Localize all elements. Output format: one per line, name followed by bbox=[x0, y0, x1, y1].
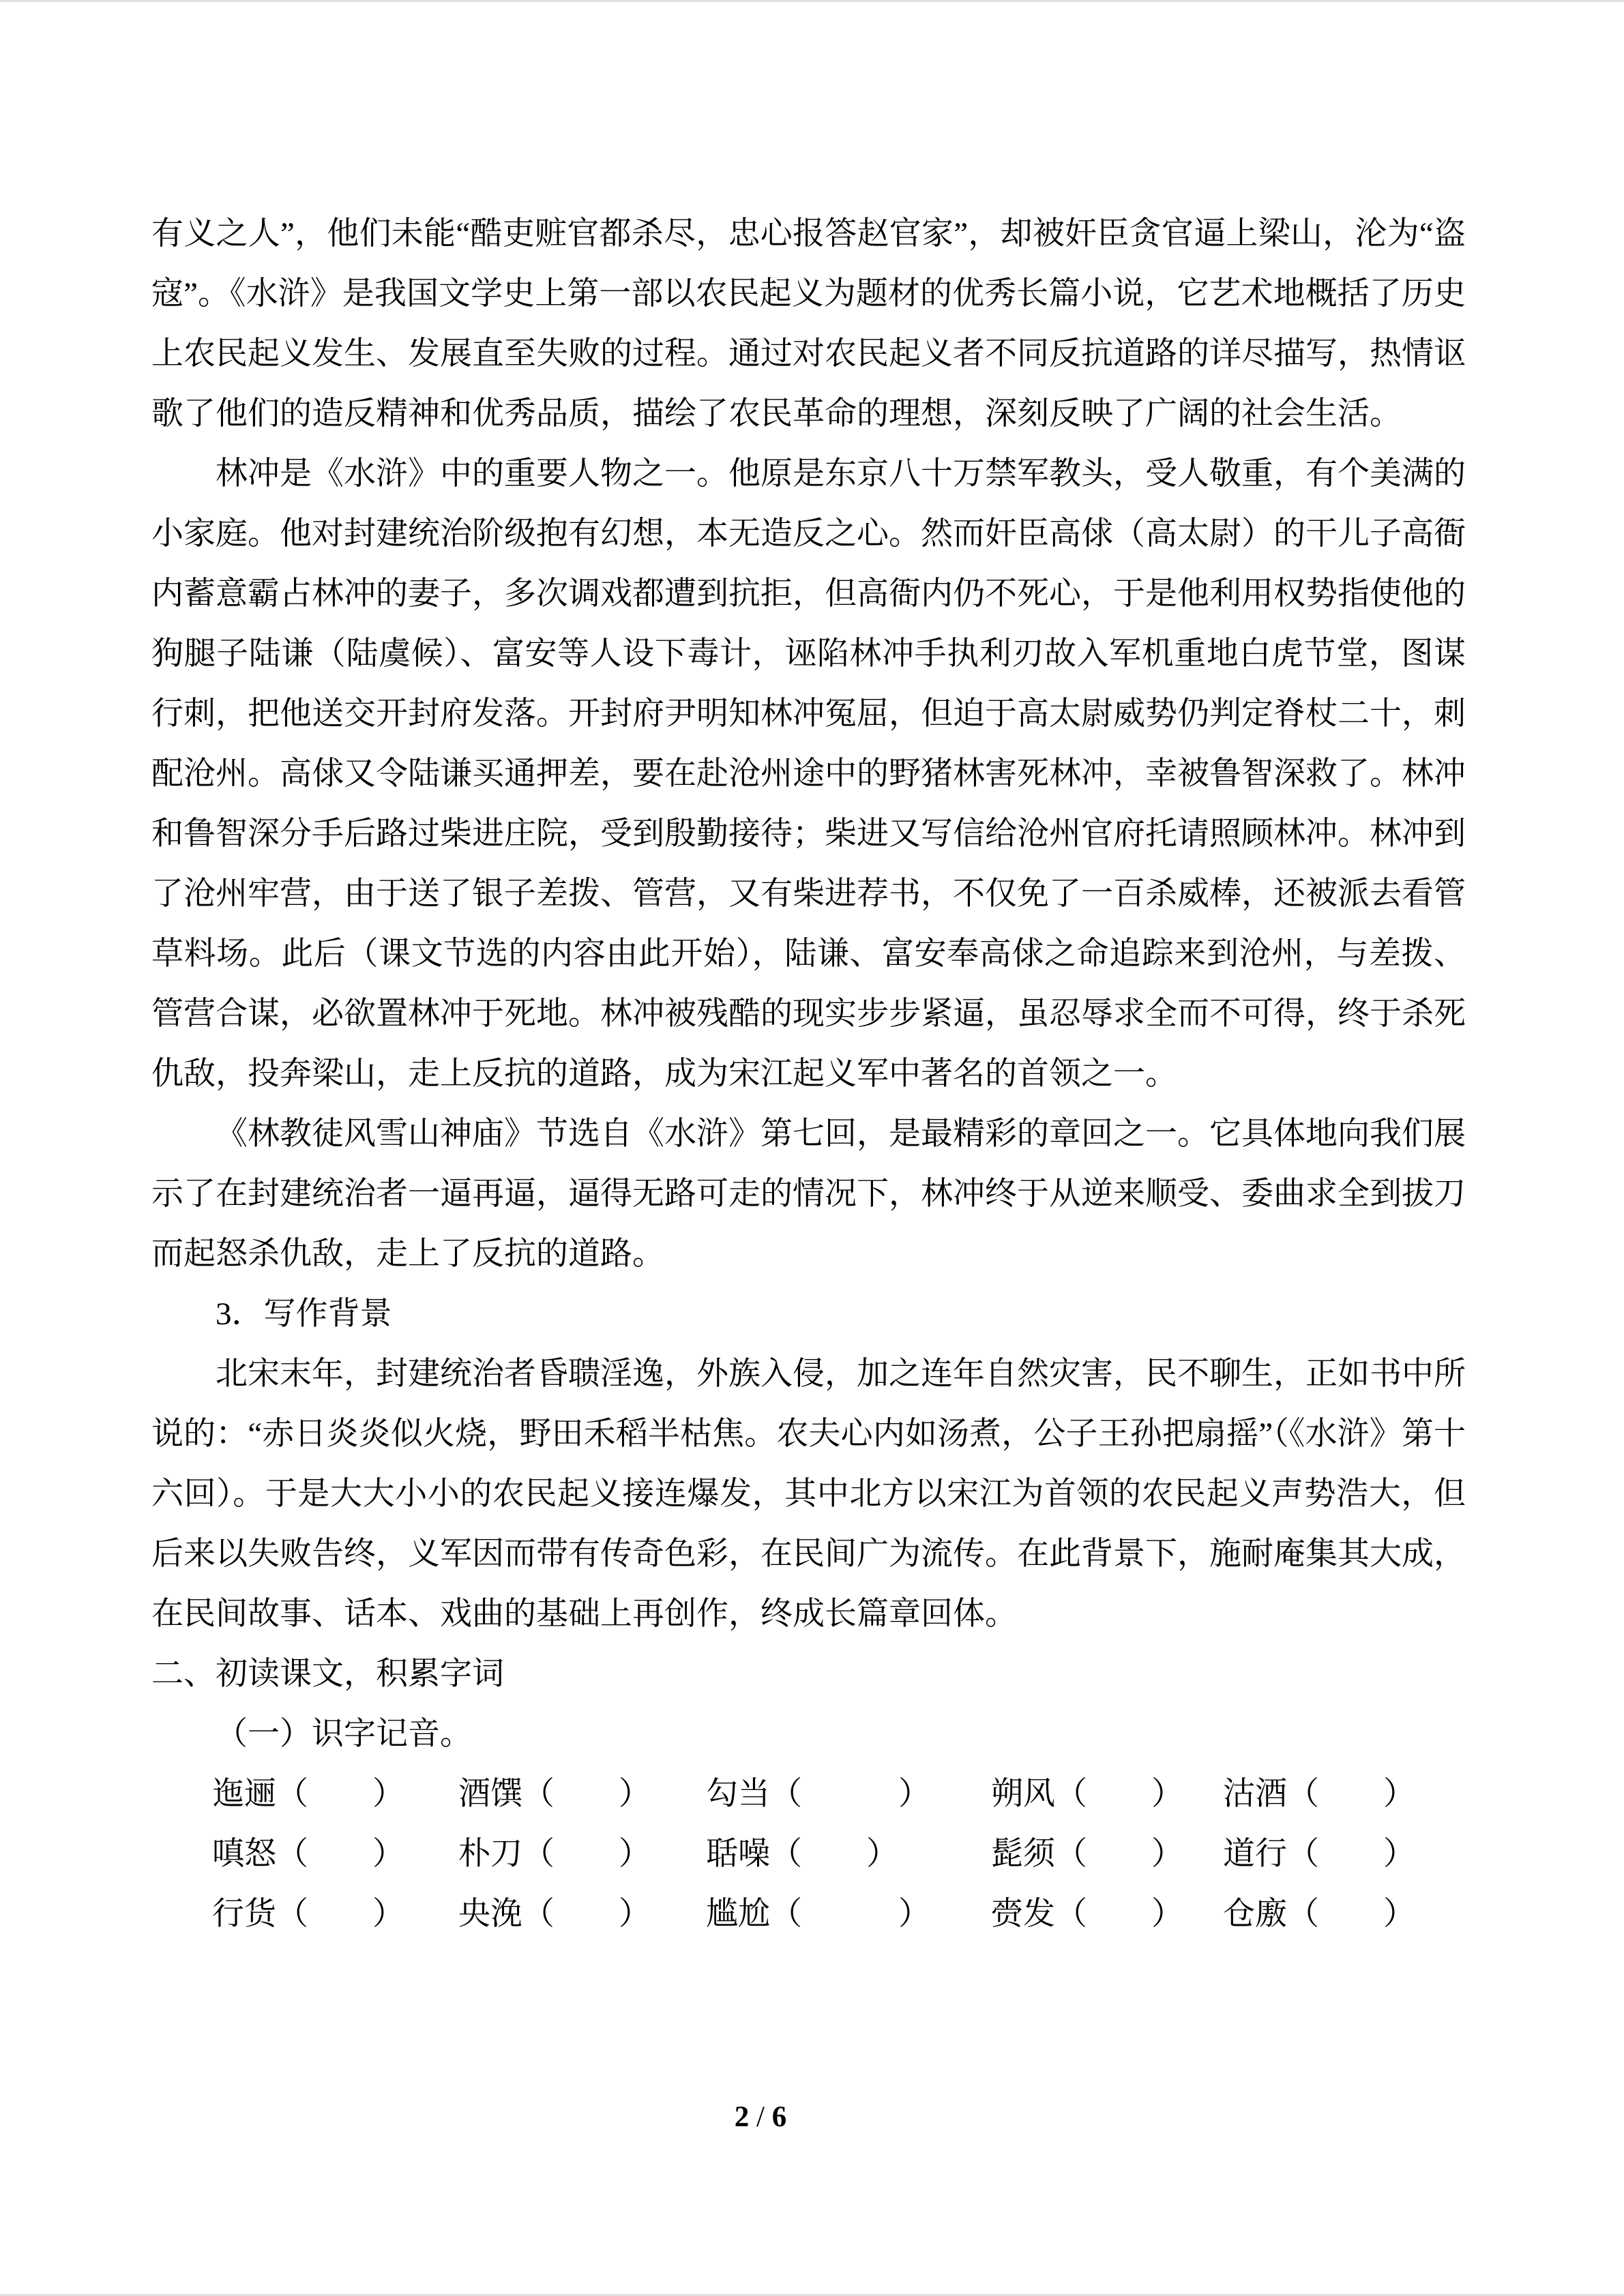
vocab-item: 朔风（ ） bbox=[991, 1764, 1183, 1824]
vocab-row: 行货（ ） 央浼（ ） 尴尬（ ） 赍发（ ） 仓廒（ ） bbox=[151, 1884, 1466, 1944]
paragraph-excerpt-source: 《林教徒风雪山神庙》节选自《水浒》第七回，是最精彩的章回之一。它具体地向我们展示… bbox=[151, 1104, 1466, 1284]
page-number-separator: / bbox=[749, 2101, 771, 2133]
vocab-item: 勾当（ ） bbox=[706, 1764, 930, 1824]
vocab-item: 朴刀（ ） bbox=[458, 1824, 651, 1884]
page-number: 2 / 6 bbox=[0, 2087, 1521, 2147]
vocab-item: 仓廒（ ） bbox=[1223, 1884, 1415, 1944]
vocab-item: 酒馔（ ） bbox=[458, 1764, 651, 1824]
vocab-item: 尴尬（ ） bbox=[706, 1884, 930, 1944]
heading-section-two-first-reading: 二、初读课文，积累字词 bbox=[151, 1644, 1466, 1704]
vocab-row: 嗔怒（ ） 朴刀（ ） 聒噪（ ） 髭须（ ） 道行（ ） bbox=[151, 1824, 1466, 1884]
vocab-item: 迤逦（ ） bbox=[212, 1764, 404, 1824]
page-body-text: 有义之人”，他们未能“酷吏赃官都杀尽，忠心报答赵官家”，却被奸臣贪官逼上梁山，沦… bbox=[151, 204, 1466, 1944]
page-number-current: 2 bbox=[735, 2101, 750, 2133]
vocab-item: 聒噪（ ） bbox=[706, 1824, 898, 1884]
paragraph-shuihu-novel-intro: 有义之人”，他们未能“酷吏赃官都杀尽，忠心报答赵官家”，却被奸臣贪官逼上梁山，沦… bbox=[151, 204, 1466, 444]
vocab-row: 迤逦（ ） 酒馔（ ） 勾当（ ） 朔风（ ） 沽酒（ ） bbox=[151, 1764, 1466, 1824]
vocab-item: 沽酒（ ） bbox=[1223, 1764, 1415, 1824]
vocab-item: 道行（ ） bbox=[1223, 1824, 1415, 1884]
vocab-item: 髭须（ ） bbox=[991, 1824, 1183, 1884]
document-page: 有义之人”，他们未能“酷吏赃官都杀尽，忠心报答赵官家”，却被奸臣贪官逼上梁山，沦… bbox=[0, 0, 1624, 2296]
paragraph-writing-background-body: 北宋末年，封建统治者昏聩淫逸，外族入侵，加之连年自然灾害，民不聊生，正如书中所说… bbox=[151, 1344, 1466, 1644]
subheading-shizi-jiyin: （一）识字记音。 bbox=[151, 1704, 1466, 1764]
heading-writing-background: 3．写作背景 bbox=[151, 1284, 1466, 1344]
vocab-item: 赍发（ ） bbox=[991, 1884, 1183, 1944]
vocab-item: 央浼（ ） bbox=[458, 1884, 651, 1944]
paragraph-linchong-character-intro: 林冲是《水浒》中的重要人物之一。他原是东京八十万禁军教头，受人敬重，有个美满的小… bbox=[151, 444, 1466, 1104]
vocab-pinyin-exercise: 迤逦（ ） 酒馔（ ） 勾当（ ） 朔风（ ） 沽酒（ ） 嗔怒（ ） 朴刀（ … bbox=[151, 1764, 1466, 1944]
page-number-total: 6 bbox=[772, 2101, 787, 2133]
vocab-item: 嗔怒（ ） bbox=[212, 1824, 404, 1884]
vocab-item: 行货（ ） bbox=[212, 1884, 404, 1944]
